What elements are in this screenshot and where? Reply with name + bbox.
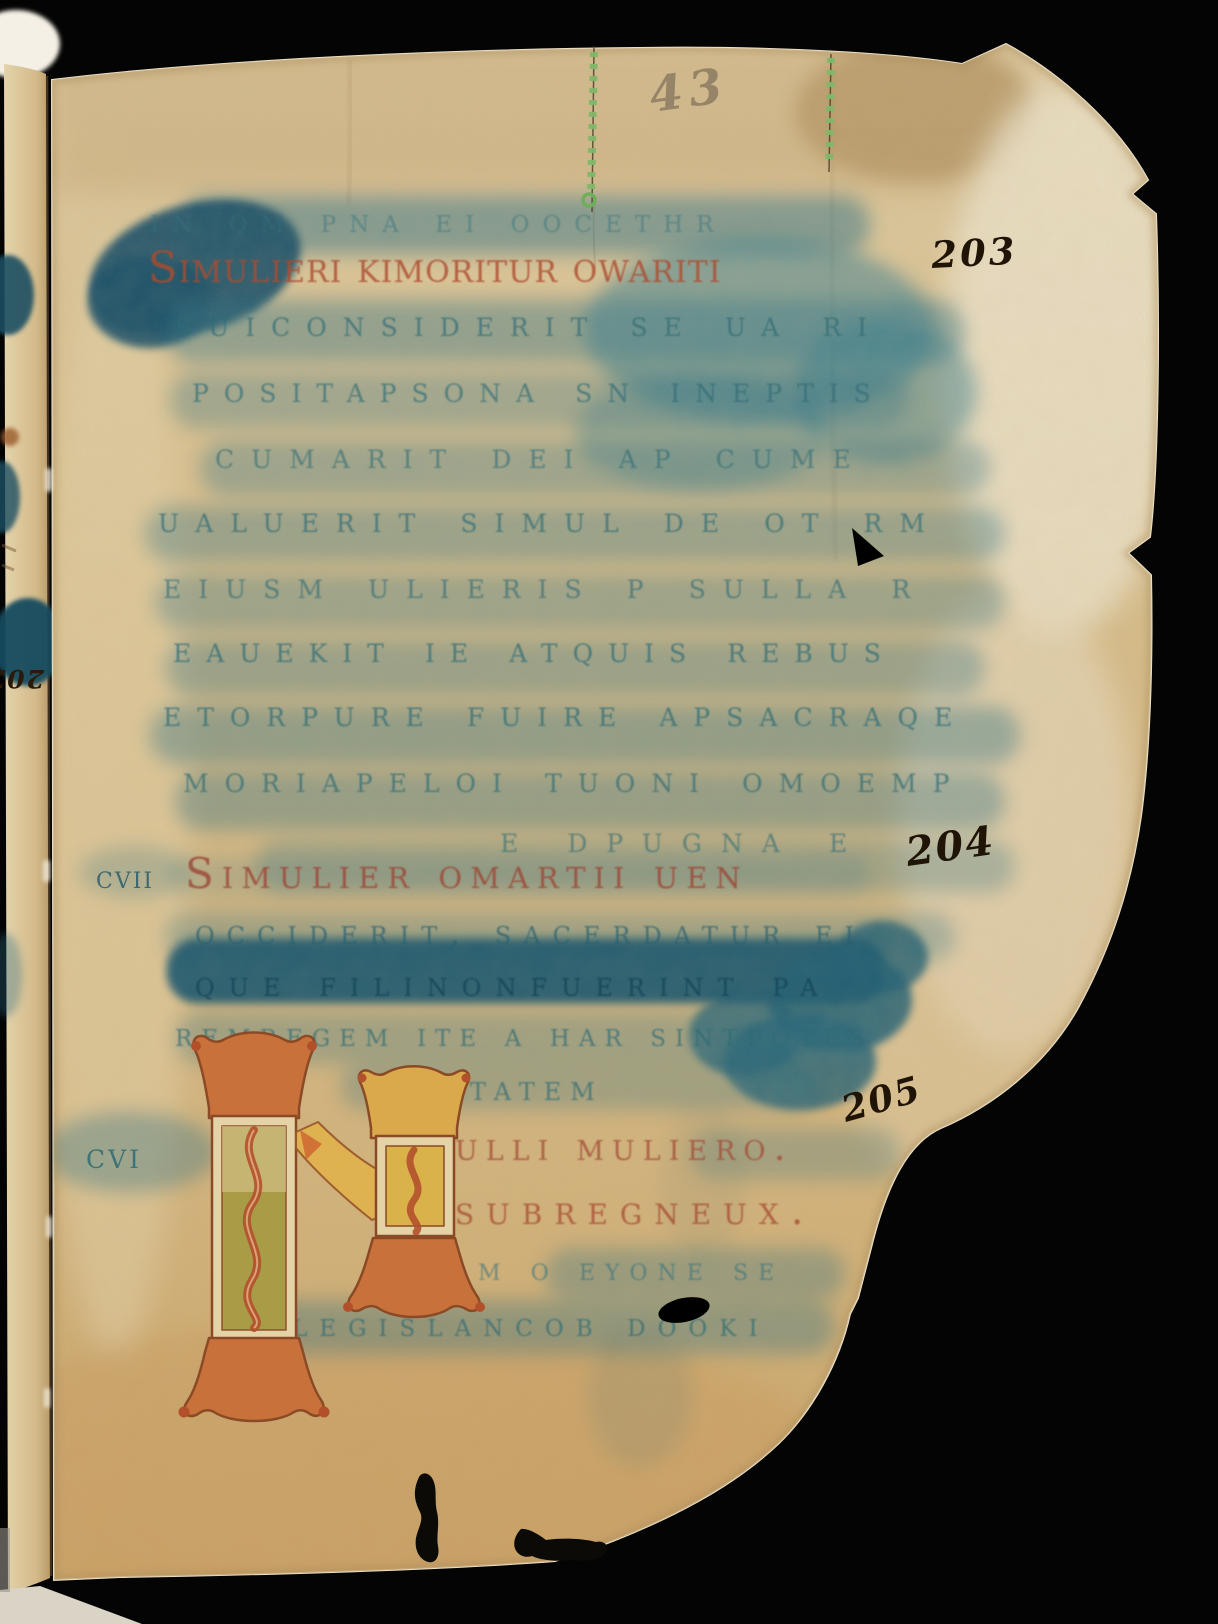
rubric-line-3: ulli muliero. <box>455 1125 794 1169</box>
text-line-9: etorpure fuire apsacraqe <box>163 695 968 735</box>
stain-glaze <box>165 935 885 1005</box>
text-line-4: positapsona sn ineptis <box>192 371 886 411</box>
chapter-numeral-cvi: cvi <box>86 1137 142 1177</box>
rubric-line-1: Simulieri kimoritur owariti <box>148 243 722 293</box>
text-line-3: suiconsiderit se ua ri <box>175 305 883 345</box>
rubric-line-2: Simulier omartii uen <box>185 849 749 898</box>
text-line-8: eauekit ie atquis rebus <box>173 631 896 671</box>
text-line-16: tatem <box>470 1069 604 1109</box>
rust-spot <box>1 428 19 446</box>
green-stitch-right <box>829 54 831 172</box>
text-line-10: moriapeloi tuoni omoemp <box>183 761 965 801</box>
under-leaf-sliver <box>0 1528 10 1592</box>
pencil-folio-number: 43 <box>646 57 732 123</box>
ink-number-203: 203 <box>929 229 1018 278</box>
text-line-1: in qm pna ei oocethr <box>150 201 726 240</box>
rubric-line-4: subregneux. <box>455 1188 815 1234</box>
text-line-5: cumarit dei ap cume <box>215 437 868 477</box>
text-line-7: eiusm ulieris p sulla r <box>163 567 927 607</box>
manuscript-photo: in qm pna ei oocethr Simulieri kimoritur… <box>0 0 1218 1624</box>
text-line-6: ualuerit simul de ot rm <box>158 501 942 541</box>
spine-number-202: 202 <box>0 664 45 693</box>
text-line-19: m o eyone se <box>478 1250 784 1288</box>
chapter-numeral-cvii: cvii <box>96 860 154 896</box>
